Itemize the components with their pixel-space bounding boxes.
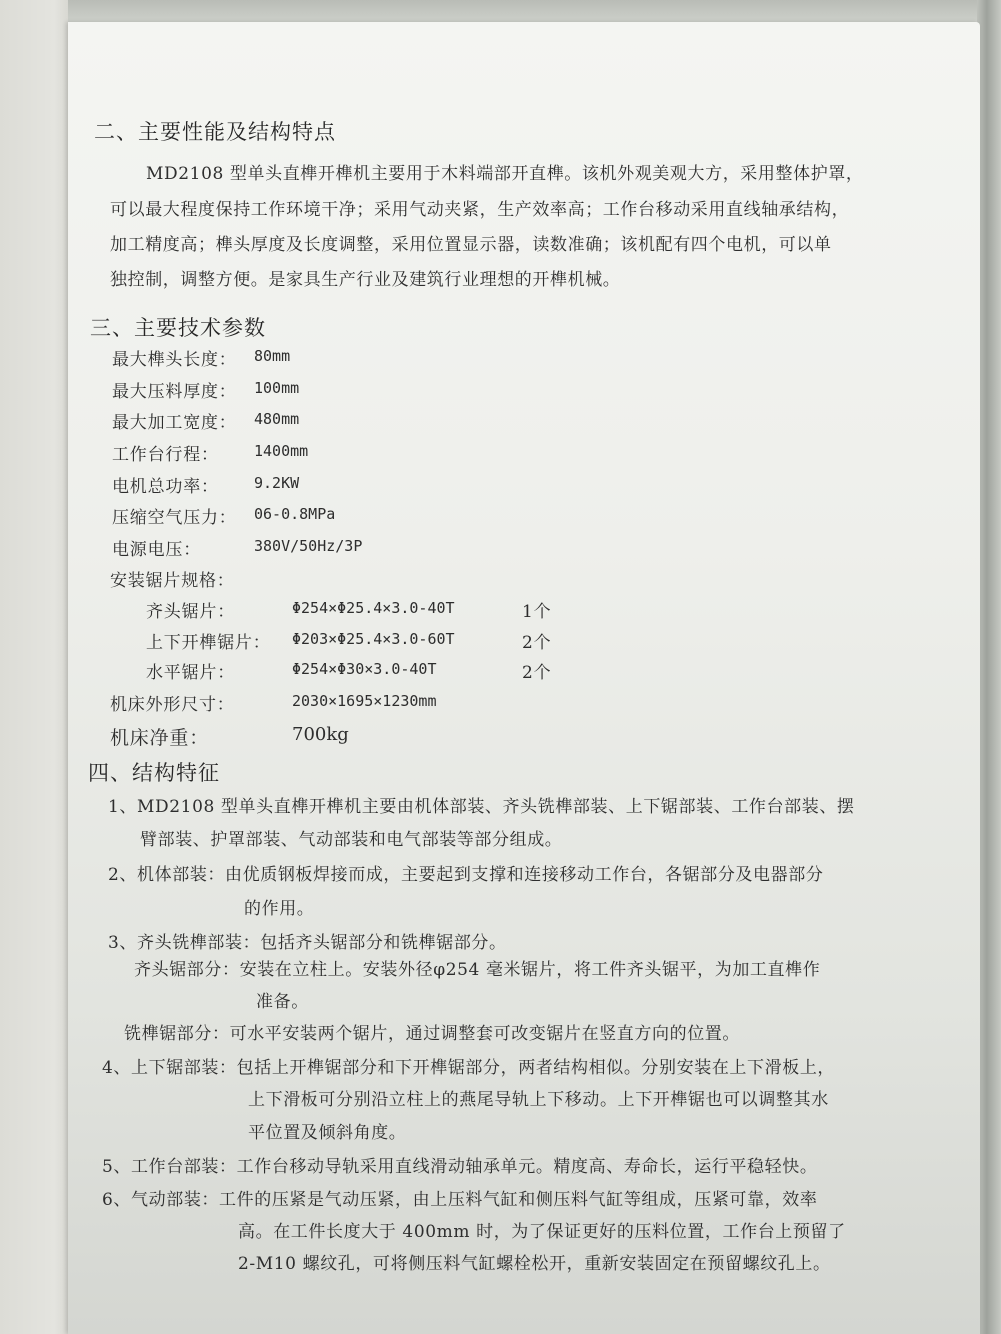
paragraph-line: 独控制，调整方便。是家具生产行业及建筑行业理想的开榫机械。 bbox=[110, 265, 620, 290]
blade-spec-label: 安装锯片规格： bbox=[110, 566, 235, 591]
param-label: 工作台行程： bbox=[112, 440, 219, 465]
structure-item-6: 6、气动部装：工件的压紧是气动压紧，由上压料气缸和侧压料气缸等组成，压紧可靠，效… bbox=[102, 1185, 817, 1210]
structure-item-5: 5、工作台部装：工作台移动导轨采用直线滑动轴承单元。精度高、寿命长，运行平稳轻快… bbox=[102, 1152, 817, 1177]
param-value: 1400mm bbox=[254, 442, 308, 460]
weight-label: 机床净重： bbox=[110, 723, 209, 750]
param-value: 9.2KW bbox=[254, 474, 299, 492]
blade-qty: 2个 bbox=[522, 658, 551, 683]
dimensions-value: 2030×1695×1230mm bbox=[292, 692, 437, 710]
blade-qty: 2个 bbox=[522, 628, 551, 653]
blade-spec: Φ254×Φ30×3.0-40T bbox=[292, 660, 437, 678]
section-heading-structure: 四、结构特征 bbox=[88, 757, 220, 787]
section-heading-performance: 二、主要性能及结构特点 bbox=[94, 116, 336, 146]
left-page-edge bbox=[0, 0, 68, 1334]
structure-item-4-cont: 上下滑板可分别沿立柱上的燕尾导轨上下移动。上下开榫锯也可以调整其水 bbox=[248, 1085, 829, 1110]
param-label: 最大加工宽度： bbox=[112, 408, 237, 433]
structure-item-3: 3、齐头铣榫部装：包括齐头锯部分和铣榫锯部分。 bbox=[108, 928, 507, 953]
blade-spec: Φ203×Φ25.4×3.0-60T bbox=[292, 630, 455, 648]
param-label: 最大压料厚度： bbox=[112, 377, 237, 402]
param-value: 100mm bbox=[254, 379, 299, 397]
blade-label: 上下开榫锯片： bbox=[146, 628, 271, 653]
blade-label: 齐头锯片： bbox=[146, 597, 235, 622]
section-heading-specs: 三、主要技术参数 bbox=[90, 312, 266, 342]
background-right bbox=[977, 0, 1001, 1334]
structure-item-4-cont: 平位置及倾斜角度。 bbox=[248, 1118, 406, 1143]
structure-item-2: 2、机体部装：由优质钢板焊接而成，主要起到支撑和连接移动工作台，各锯部分及电器部… bbox=[108, 860, 823, 885]
param-label: 电机总功率： bbox=[112, 472, 219, 497]
paragraph-line: 加工精度高；榫头厚度及长度调整，采用位置显示器，读数准确；该机配有四个电机，可以… bbox=[110, 230, 832, 255]
param-label: 电源电压： bbox=[112, 535, 201, 560]
structure-subitem-crosscut-cont: 准备。 bbox=[256, 987, 309, 1012]
structure-subitem-crosscut: 齐头锯部分：安装在立柱上。安装外径φ254 毫米锯片，将工件齐头锯平，为加工直榫… bbox=[134, 955, 820, 980]
structure-subitem-tenon-saw: 铣榫锯部分：可水平安装两个锯片，通过调整套可改变锯片在竖直方向的位置。 bbox=[124, 1019, 740, 1044]
structure-item-6-cont: 高。在工件长度大于 400mm 时，为了保证更好的压料位置，工作台上预留了 bbox=[238, 1217, 846, 1242]
param-label: 压缩空气压力： bbox=[112, 503, 237, 528]
paragraph-line: MD2108 型单头直榫开榫机主要用于木料端部开直榫。该机外观美观大方，采用整体… bbox=[146, 159, 864, 184]
param-value: 80mm bbox=[254, 347, 290, 365]
param-value: 06-0.8MPa bbox=[254, 505, 335, 523]
blade-qty: 1个 bbox=[522, 597, 551, 622]
structure-item-6-cont: 2-M10 螺纹孔，可将侧压料气缸螺栓松开，重新安装固定在预留螺纹孔上。 bbox=[238, 1249, 831, 1274]
param-label: 最大榫头长度： bbox=[112, 345, 237, 370]
structure-item-1: 1、MD2108 型单头直榫开榫机主要由机体部装、齐头铣榫部装、上下锯部装、工作… bbox=[108, 792, 855, 817]
blade-spec: Φ254×Φ25.4×3.0-40T bbox=[292, 599, 455, 617]
param-value: 380V/50Hz/3P bbox=[254, 537, 362, 555]
paragraph-line: 可以最大程度保持工作环境干净；采用气动夹紧，生产效率高；工作台移动采用直线轴承结… bbox=[110, 195, 849, 220]
background-top bbox=[68, 0, 1001, 24]
param-value: 480mm bbox=[254, 410, 299, 428]
weight-value: 700kg bbox=[292, 724, 349, 745]
structure-item-1-cont: 臂部装、护罩部装、气动部装和电气部装等部分组成。 bbox=[140, 825, 562, 850]
structure-item-4: 4、上下锯部装：包括上开榫锯部分和下开榫锯部分，两者结构相似。分别安装在上下滑板… bbox=[102, 1053, 835, 1078]
dimensions-label: 机床外形尺寸： bbox=[110, 690, 235, 715]
blade-label: 水平锯片： bbox=[146, 658, 235, 683]
document-page: 二、主要性能及结构特点 MD2108 型单头直榫开榫机主要用于木料端部开直榫。该… bbox=[68, 22, 980, 1334]
structure-item-2-cont: 的作用。 bbox=[244, 894, 314, 919]
